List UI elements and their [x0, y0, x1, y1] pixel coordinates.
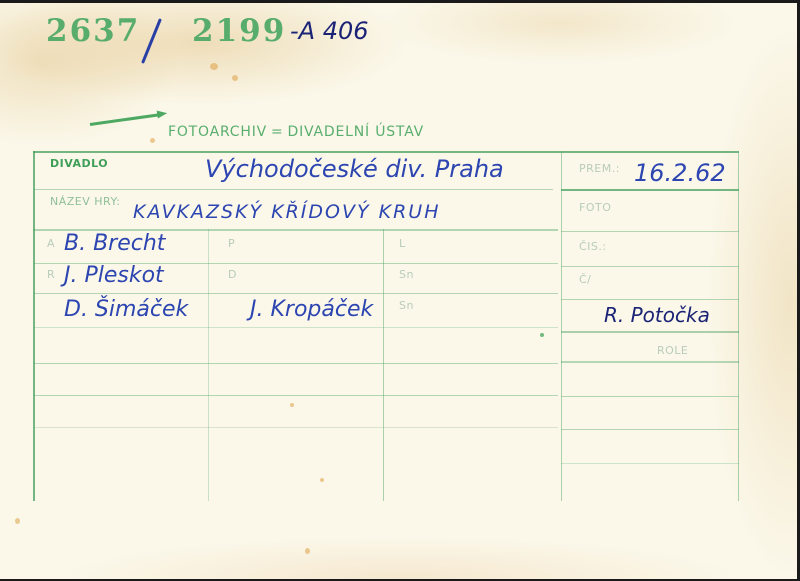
grid-line: [561, 189, 739, 191]
grid-line: [33, 151, 739, 153]
header-stamp-right: DIVADELNÍ ÚSTAV: [288, 124, 425, 140]
stain: [210, 63, 218, 70]
grid-line: [561, 396, 739, 397]
archive-photo-card: 2637 2199 -A 406 FOTOARCHIV=DIVADELNÍ ÚS…: [0, 3, 797, 579]
archive-number-left: 2637: [46, 13, 140, 49]
value-nazev-hry: KAVKAZSKÝ KŘÍDOVÝ KRUH: [133, 201, 441, 223]
grid-line: [738, 151, 739, 501]
header-stamp-left: FOTOARCHIV: [168, 124, 267, 140]
label-cis: ČIS.:: [579, 240, 607, 253]
label-c: Č/: [579, 273, 591, 286]
grid-line: [208, 229, 209, 501]
value-row-r: J. Pleskot: [64, 263, 164, 288]
value-row-3: D. Šimáček: [64, 297, 188, 322]
grid-line: [561, 266, 739, 267]
grid-line: [561, 231, 739, 232]
grid-line: [33, 427, 558, 428]
stain: [150, 138, 155, 143]
label-row-sn-2: Sn: [399, 299, 414, 312]
stain: [305, 548, 310, 554]
label-divadlo: DIVADLO: [50, 157, 108, 170]
grid-line: [33, 151, 35, 501]
label-role: ROLE: [657, 344, 688, 357]
handwritten-slash: [141, 18, 162, 64]
grid-line: [561, 151, 562, 501]
arrow-icon: [90, 113, 162, 126]
label-prem: PREM.:: [579, 162, 620, 175]
grid-line: [561, 299, 739, 300]
header-stamp-separator: =: [271, 124, 284, 140]
archive-number-stamp: 2637 2199: [46, 13, 140, 49]
grid-line: [561, 331, 739, 333]
stain: [15, 518, 20, 524]
archive-suffix-handwritten: -A 406: [290, 17, 369, 45]
label-row-sn: Sn: [399, 268, 414, 281]
grid-line: [33, 293, 558, 294]
signature: R. Potočka: [604, 303, 710, 327]
grid-line: [33, 395, 558, 396]
label-row-p: P: [228, 237, 235, 250]
value-row-a: B. Brecht: [64, 231, 165, 256]
grid-line: [561, 463, 739, 464]
label-row-a: A: [47, 237, 55, 250]
header-stamp: FOTOARCHIV=DIVADELNÍ ÚSTAV: [168, 124, 424, 140]
stain: [232, 75, 238, 81]
label-row-d: D: [228, 268, 237, 281]
label-nazev-hry: NÁZEV HRY:: [50, 195, 120, 208]
value-row-3-mid: J. Kropáček: [250, 297, 373, 322]
grid-line: [33, 189, 553, 190]
value-prem: 16.2.62: [634, 159, 726, 187]
grid-line: [561, 361, 739, 363]
grid-line: [33, 363, 558, 364]
grid-line: [561, 429, 739, 430]
label-row-l: L: [399, 237, 406, 250]
grid-line: [383, 229, 384, 501]
label-row-r: R: [47, 268, 55, 281]
archive-number-right: 2199: [192, 13, 286, 49]
value-divadlo: Východočeské div. Praha: [205, 155, 504, 183]
grid-line: [33, 327, 558, 328]
label-foto: FOTO: [579, 201, 611, 214]
